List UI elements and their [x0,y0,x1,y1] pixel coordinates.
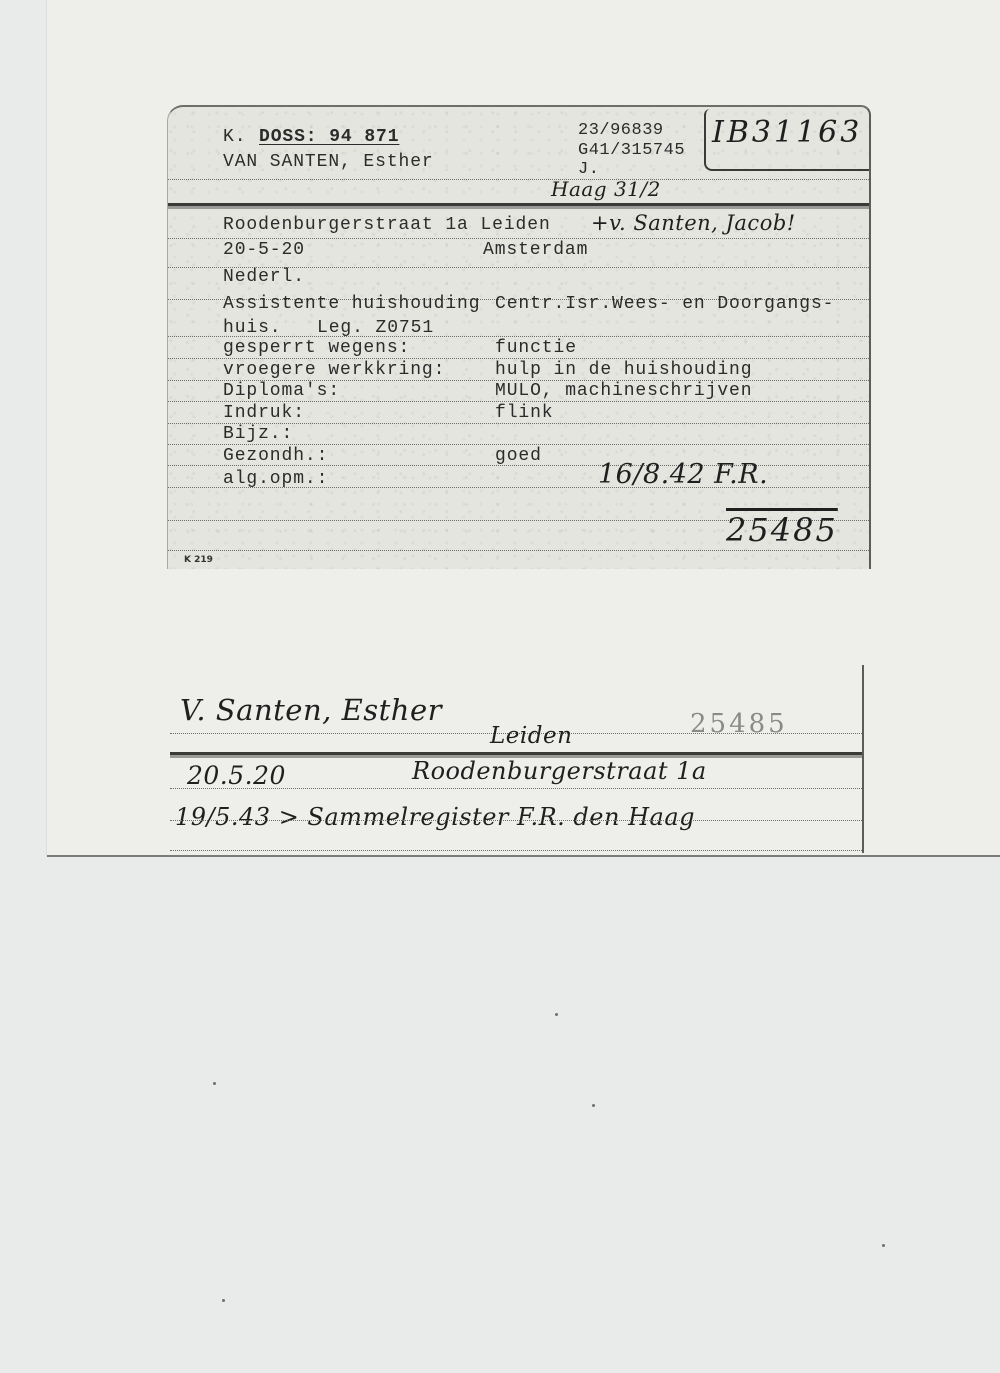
boxed-reference-number: IB31163 [712,115,862,150]
person-name: VAN SANTEN, Esther [223,151,434,173]
field-label-werkkring: vroegere werkkring: [223,359,445,381]
form-code: K 219 [184,555,213,565]
dust-speck [592,1104,595,1107]
birth-date: 20-5-20 [223,239,305,261]
reference-number-1: 23/96839 [578,121,664,140]
occupation: Assistente huishouding [223,293,480,315]
index-card: V. Santen, Esther Leiden 25485 20.5.20 R… [170,665,864,853]
field-value-indruk: flink [495,402,554,424]
dotted-line [170,850,862,851]
nationality: Nederl. [223,266,305,288]
field-value-werkkring: hulp in de huishouding [495,359,752,381]
dossier-prefix: K. [223,126,246,148]
handwritten-birth-date: 20.5.20 [187,761,286,790]
handwritten-name: V. Santen, Esther [180,693,442,727]
handwritten-address: Roodenburgerstraat 1a [412,757,707,785]
dotted-line [170,788,862,789]
address: Roodenburgerstraat 1a Leiden [223,214,551,236]
dotted-line [168,550,869,551]
dossier-number: DOSS: 94 871 [259,126,399,148]
dotted-line [168,487,869,488]
field-value-gezondh: goed [495,445,542,467]
handwritten-transfer-note: 19/5.43 > Sammelregister F.R. den Haag [175,803,695,831]
handwritten-city: Leiden [490,723,572,749]
handwritten-address-note: +v. Santen, Jacob! [591,211,796,235]
field-value-gesperrt: functie [495,337,577,359]
dust-speck [555,1013,558,1016]
dust-speck [222,1299,225,1302]
stamped-number: 25485 [690,709,788,739]
header-rule [170,752,862,755]
dotted-line [168,179,869,180]
employer-line-1: Centr.Isr.Wees- en Doorgangs- [495,293,834,315]
handwritten-reference: Haag 31/2 [551,177,661,201]
handwritten-signature-date: 16/8.42 F.R. [598,459,768,490]
handwritten-number: 25485 [726,511,838,549]
registration-card: K. DOSS: 94 871 VAN SANTEN, Esther 23/96… [167,105,871,569]
birth-place: Amsterdam [483,239,588,261]
field-label-bijz: Bijz.: [223,423,293,445]
header-rule [168,203,869,206]
boxed-reference: IB31163 [704,109,869,171]
field-label-diplomas: Diploma's: [223,380,340,402]
dust-speck [882,1244,885,1247]
reference-number-2: G41/315745 [578,141,685,160]
field-label-gesperrt: gesperrt wegens: [223,337,410,359]
field-label-gezondh: Gezondh.: [223,445,328,467]
field-value-diplomas: MULO, machineschrijven [495,380,752,402]
field-label-indruk: Indruk: [223,402,305,424]
dotted-line [170,820,862,821]
dust-speck [213,1082,216,1085]
